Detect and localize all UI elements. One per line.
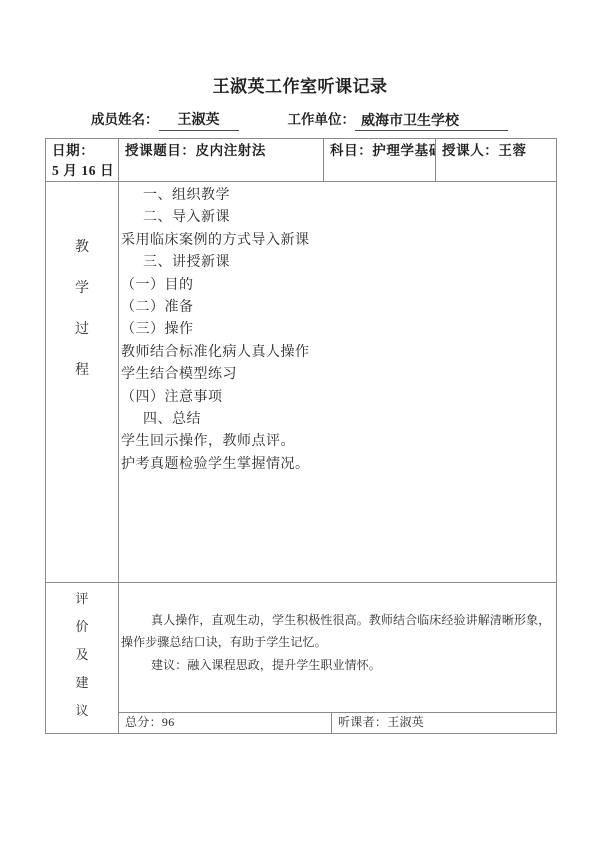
evaluation-right-area: 真人操作，直观生动，学生积极性很高。教师结合临床经验讲解清晰形象， 操作步骤总结… (119, 583, 556, 733)
process-line: 教师结合标准化病人真人操作 (121, 342, 552, 364)
process-line: （二）准备 (121, 297, 552, 319)
date-value: 5 月 16 日 (52, 161, 114, 181)
evaluation-label: 评 价 及 建 议 (46, 583, 119, 733)
evaluation-line: 建议：融入课程思政，提升学生职业情怀。 (121, 654, 551, 676)
table-header-row: 日期： 5 月 16 日 授课题目：皮内注射法 科目：护理学基础 授课人：王蓉 (46, 139, 556, 182)
process-line: 三、讲授新课 (121, 252, 552, 274)
member-name-label: 成员姓名： (91, 112, 159, 127)
label-char: 学 (75, 282, 89, 296)
lesson-topic-cell: 授课题目：皮内注射法 (119, 139, 324, 181)
process-line: （四）注意事项 (121, 387, 552, 409)
process-line: 一、组织教学 (121, 185, 552, 207)
evaluation-row: 评 价 及 建 议 真人操作，直观生动，学生积极性很高。教师结合临床经验讲解清晰… (46, 583, 556, 733)
evaluation-line: 真人操作，直观生动，学生积极性很高。教师结合临床经验讲解清晰形象， (121, 609, 551, 631)
label-char: 价 (75, 620, 88, 634)
label-char: 过 (75, 323, 89, 337)
label-char: 程 (75, 364, 89, 378)
observer-cell: 听课者：王淑英 (332, 713, 556, 733)
lecturer-cell: 授课人：王蓉 (436, 139, 556, 181)
label-char: 建 (75, 676, 88, 690)
date-cell: 日期： 5 月 16 日 (46, 139, 119, 181)
process-line: （三）操作 (121, 319, 552, 341)
total-score-cell: 总分：96 (119, 713, 332, 733)
process-line: 学生回示操作，教师点评。 (121, 431, 552, 453)
work-unit-field: 威海市卫生学校 (355, 111, 508, 131)
process-line: 四、总结 (121, 409, 552, 431)
teaching-process-label: 教 学 过 程 (46, 182, 119, 582)
score-footer-row: 总分：96 听课者：王淑英 (119, 712, 556, 733)
subject-cell: 科目：护理学基础 (324, 139, 436, 181)
label-char: 议 (75, 704, 88, 718)
process-line: 采用临床案例的方式导入新课 (121, 230, 552, 252)
date-label: 日期： (52, 141, 114, 161)
process-line: 护考真题检验学生掌握情况。 (121, 454, 552, 476)
teaching-process-content: 一、组织教学 二、导入新课 采用临床案例的方式导入新课 三、讲授新课 （一）目的… (119, 182, 556, 582)
label-char: 及 (75, 648, 88, 662)
member-info-line: 成员姓名：王淑英工作单位：威海市卫生学校 (91, 109, 571, 133)
teaching-process-row: 教 学 过 程 一、组织教学 二、导入新课 采用临床案例的方式导入新课 三、讲授… (46, 182, 556, 583)
label-char: 教 (75, 241, 89, 255)
member-name-field: 王淑英 (159, 110, 239, 131)
evaluation-content: 真人操作，直观生动，学生积极性很高。教师结合临床经验讲解清晰形象， 操作步骤总结… (119, 583, 556, 712)
page-title: 王淑英工作室听课记录 (0, 72, 600, 97)
work-unit-label: 工作单位： (288, 112, 356, 127)
evaluation-line: 操作步骤总结口诀，有助于学生记忆。 (121, 631, 551, 653)
process-line: 二、导入新课 (121, 207, 552, 229)
process-line: （一）目的 (121, 275, 552, 297)
label-char: 评 (75, 592, 88, 606)
process-line: 学生结合模型练习 (121, 364, 552, 386)
observation-record-table: 日期： 5 月 16 日 授课题目：皮内注射法 科目：护理学基础 授课人：王蓉 … (45, 138, 557, 734)
document-page: 王淑英工作室听课记录 成员姓名：王淑英工作单位：威海市卫生学校 日期： 5 月 … (0, 0, 600, 849)
